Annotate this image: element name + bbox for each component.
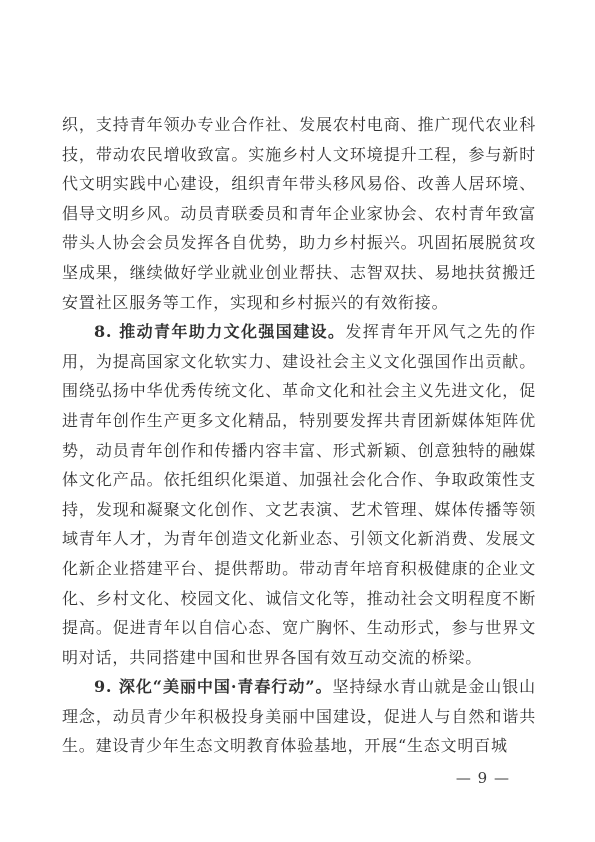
section-8-text: 发挥青年开风气之先的作用，为提高国家文化软实力、建设社会主义文化强国作出贡献。围… [62,322,536,667]
paragraph-section-8: 8. 推动青年助力文化强国建设。发挥青年开风气之先的作用，为提高国家文化软实力、… [62,317,536,672]
document-page: 织，支持青年领办专业合作社、发展农村电商、推广现代农业科技，带动农民增收致富。实… [0,0,595,842]
paragraph-section-9: 9. 深化“美丽中国·青春行动”。坚持绿水青山就是金山银山理念，动员青少年积极投… [62,672,536,761]
paragraph-text: 织，支持青年领办专业合作社、发展农村电商、推广现代农业科技，带动农民增收致富。实… [62,115,536,312]
section-8-heading: 8. 推动青年助力文化强国建设。 [94,322,345,341]
section-9-heading: 9. 深化“美丽中国·青春行动”。 [94,677,332,696]
page-number: — 9 — [456,769,510,787]
document-body: 织，支持青年领办专业合作社、发展农村电商、推广现代农业科技，带动农民增收致富。实… [62,110,536,761]
paragraph-continuation: 织，支持青年领办专业合作社、发展农村电商、推广现代农业科技，带动农民增收致富。实… [62,110,536,317]
